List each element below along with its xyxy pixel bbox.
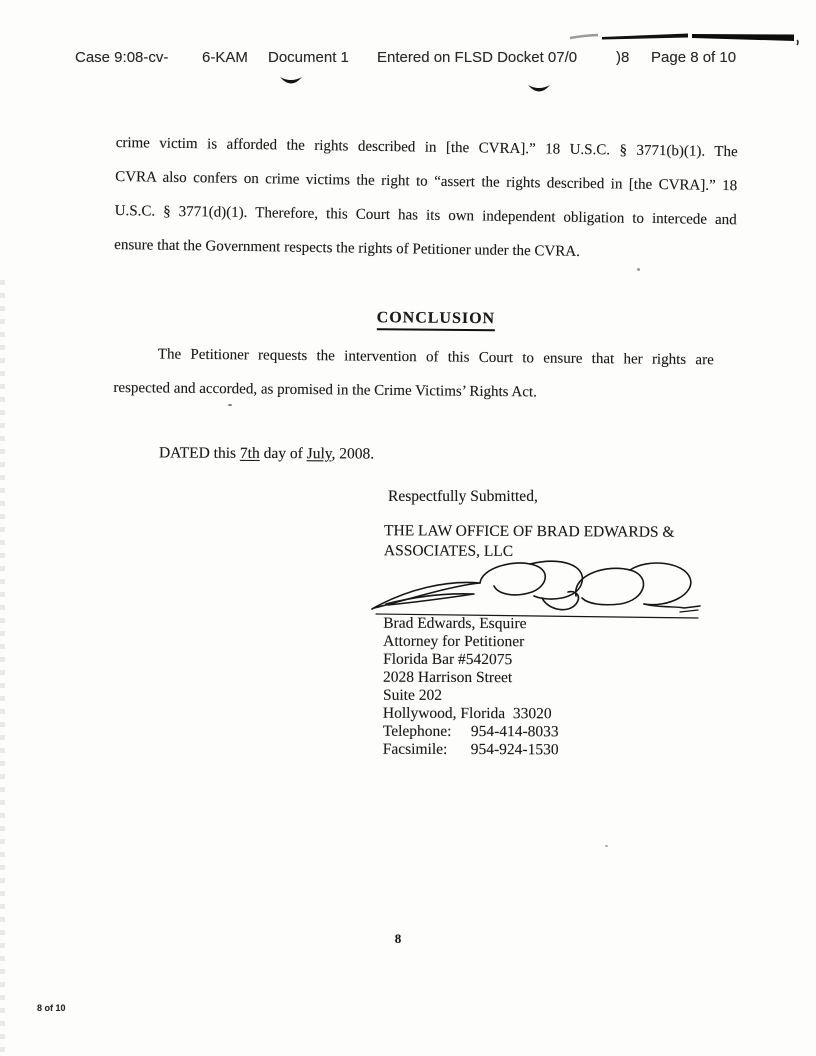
attorney-telephone-row: Telephone: 954-414-8033 bbox=[383, 723, 559, 742]
header-docket-entry: Entered on FLSD Docket 07/0 bbox=[377, 49, 577, 66]
conclusion-line: respected and accorded, as promised in t… bbox=[113, 371, 713, 411]
attorney-suite: Suite 202 bbox=[383, 687, 559, 706]
header-case-suffix: 6-KAM bbox=[202, 49, 248, 66]
dated-mid: day of bbox=[260, 445, 307, 462]
header-docket-year: )8 bbox=[616, 49, 629, 66]
header-document-number: Document 1 bbox=[268, 49, 349, 66]
attorney-title: Attorney for Petitioner bbox=[383, 633, 559, 652]
conclusion-heading: CONCLUSION bbox=[377, 309, 496, 331]
page-number: 8 bbox=[390, 931, 406, 947]
scan-crescent-mark-right bbox=[527, 83, 551, 97]
dated-line: DATED this 7th day of July, 2008. bbox=[159, 444, 374, 463]
attorney-bar-number: Florida Bar #542075 bbox=[383, 651, 559, 670]
body-paragraph: crime victim is afforded the rights desc… bbox=[114, 126, 738, 271]
header-case-number: Case 9:08-cv- bbox=[75, 49, 168, 66]
law-firm-line1: THE LAW OFFICE OF BRAD EDWARDS & bbox=[384, 521, 675, 543]
attorney-street: 2028 Harrison Street bbox=[383, 669, 559, 688]
dated-prefix: DATED this bbox=[159, 444, 240, 461]
telephone-label: Telephone: bbox=[383, 723, 471, 741]
redaction-bar-artifact bbox=[556, 24, 806, 48]
respectfully-submitted: Respectfully Submitted, bbox=[388, 488, 538, 506]
attorney-contact-block: Brad Edwards, Esquire Attorney for Petit… bbox=[383, 615, 559, 760]
conclusion-section: CONCLUSION bbox=[125, 307, 747, 333]
scan-crescent-mark-left bbox=[279, 75, 303, 89]
scan-speck bbox=[605, 845, 608, 847]
facsimile-number: 954-924-1530 bbox=[471, 741, 559, 759]
facsimile-label: Facsimile: bbox=[383, 741, 471, 759]
scanned-court-document-page: Case 9:08-cv- 6-KAM Document 1 Entered o… bbox=[0, 0, 816, 1056]
header-page-label: Page 8 of 10 bbox=[651, 49, 736, 66]
dated-suffix: , 2008. bbox=[331, 445, 374, 462]
dated-day: 7th bbox=[240, 445, 260, 462]
attorney-name: Brad Edwards, Esquire bbox=[383, 615, 559, 634]
page-stamp: 8 of 10 bbox=[37, 1003, 66, 1013]
dated-month: July bbox=[307, 445, 332, 462]
attorney-city: Hollywood, Florida 33020 bbox=[383, 705, 559, 724]
attorney-facsimile-row: Facsimile: 954-924-1530 bbox=[383, 741, 559, 760]
telephone-number: 954-414-8033 bbox=[471, 723, 559, 741]
conclusion-paragraph: The Petitioner requests the intervention… bbox=[113, 337, 714, 411]
scan-edge-noise bbox=[0, 280, 5, 1056]
handwritten-signature bbox=[362, 556, 707, 624]
